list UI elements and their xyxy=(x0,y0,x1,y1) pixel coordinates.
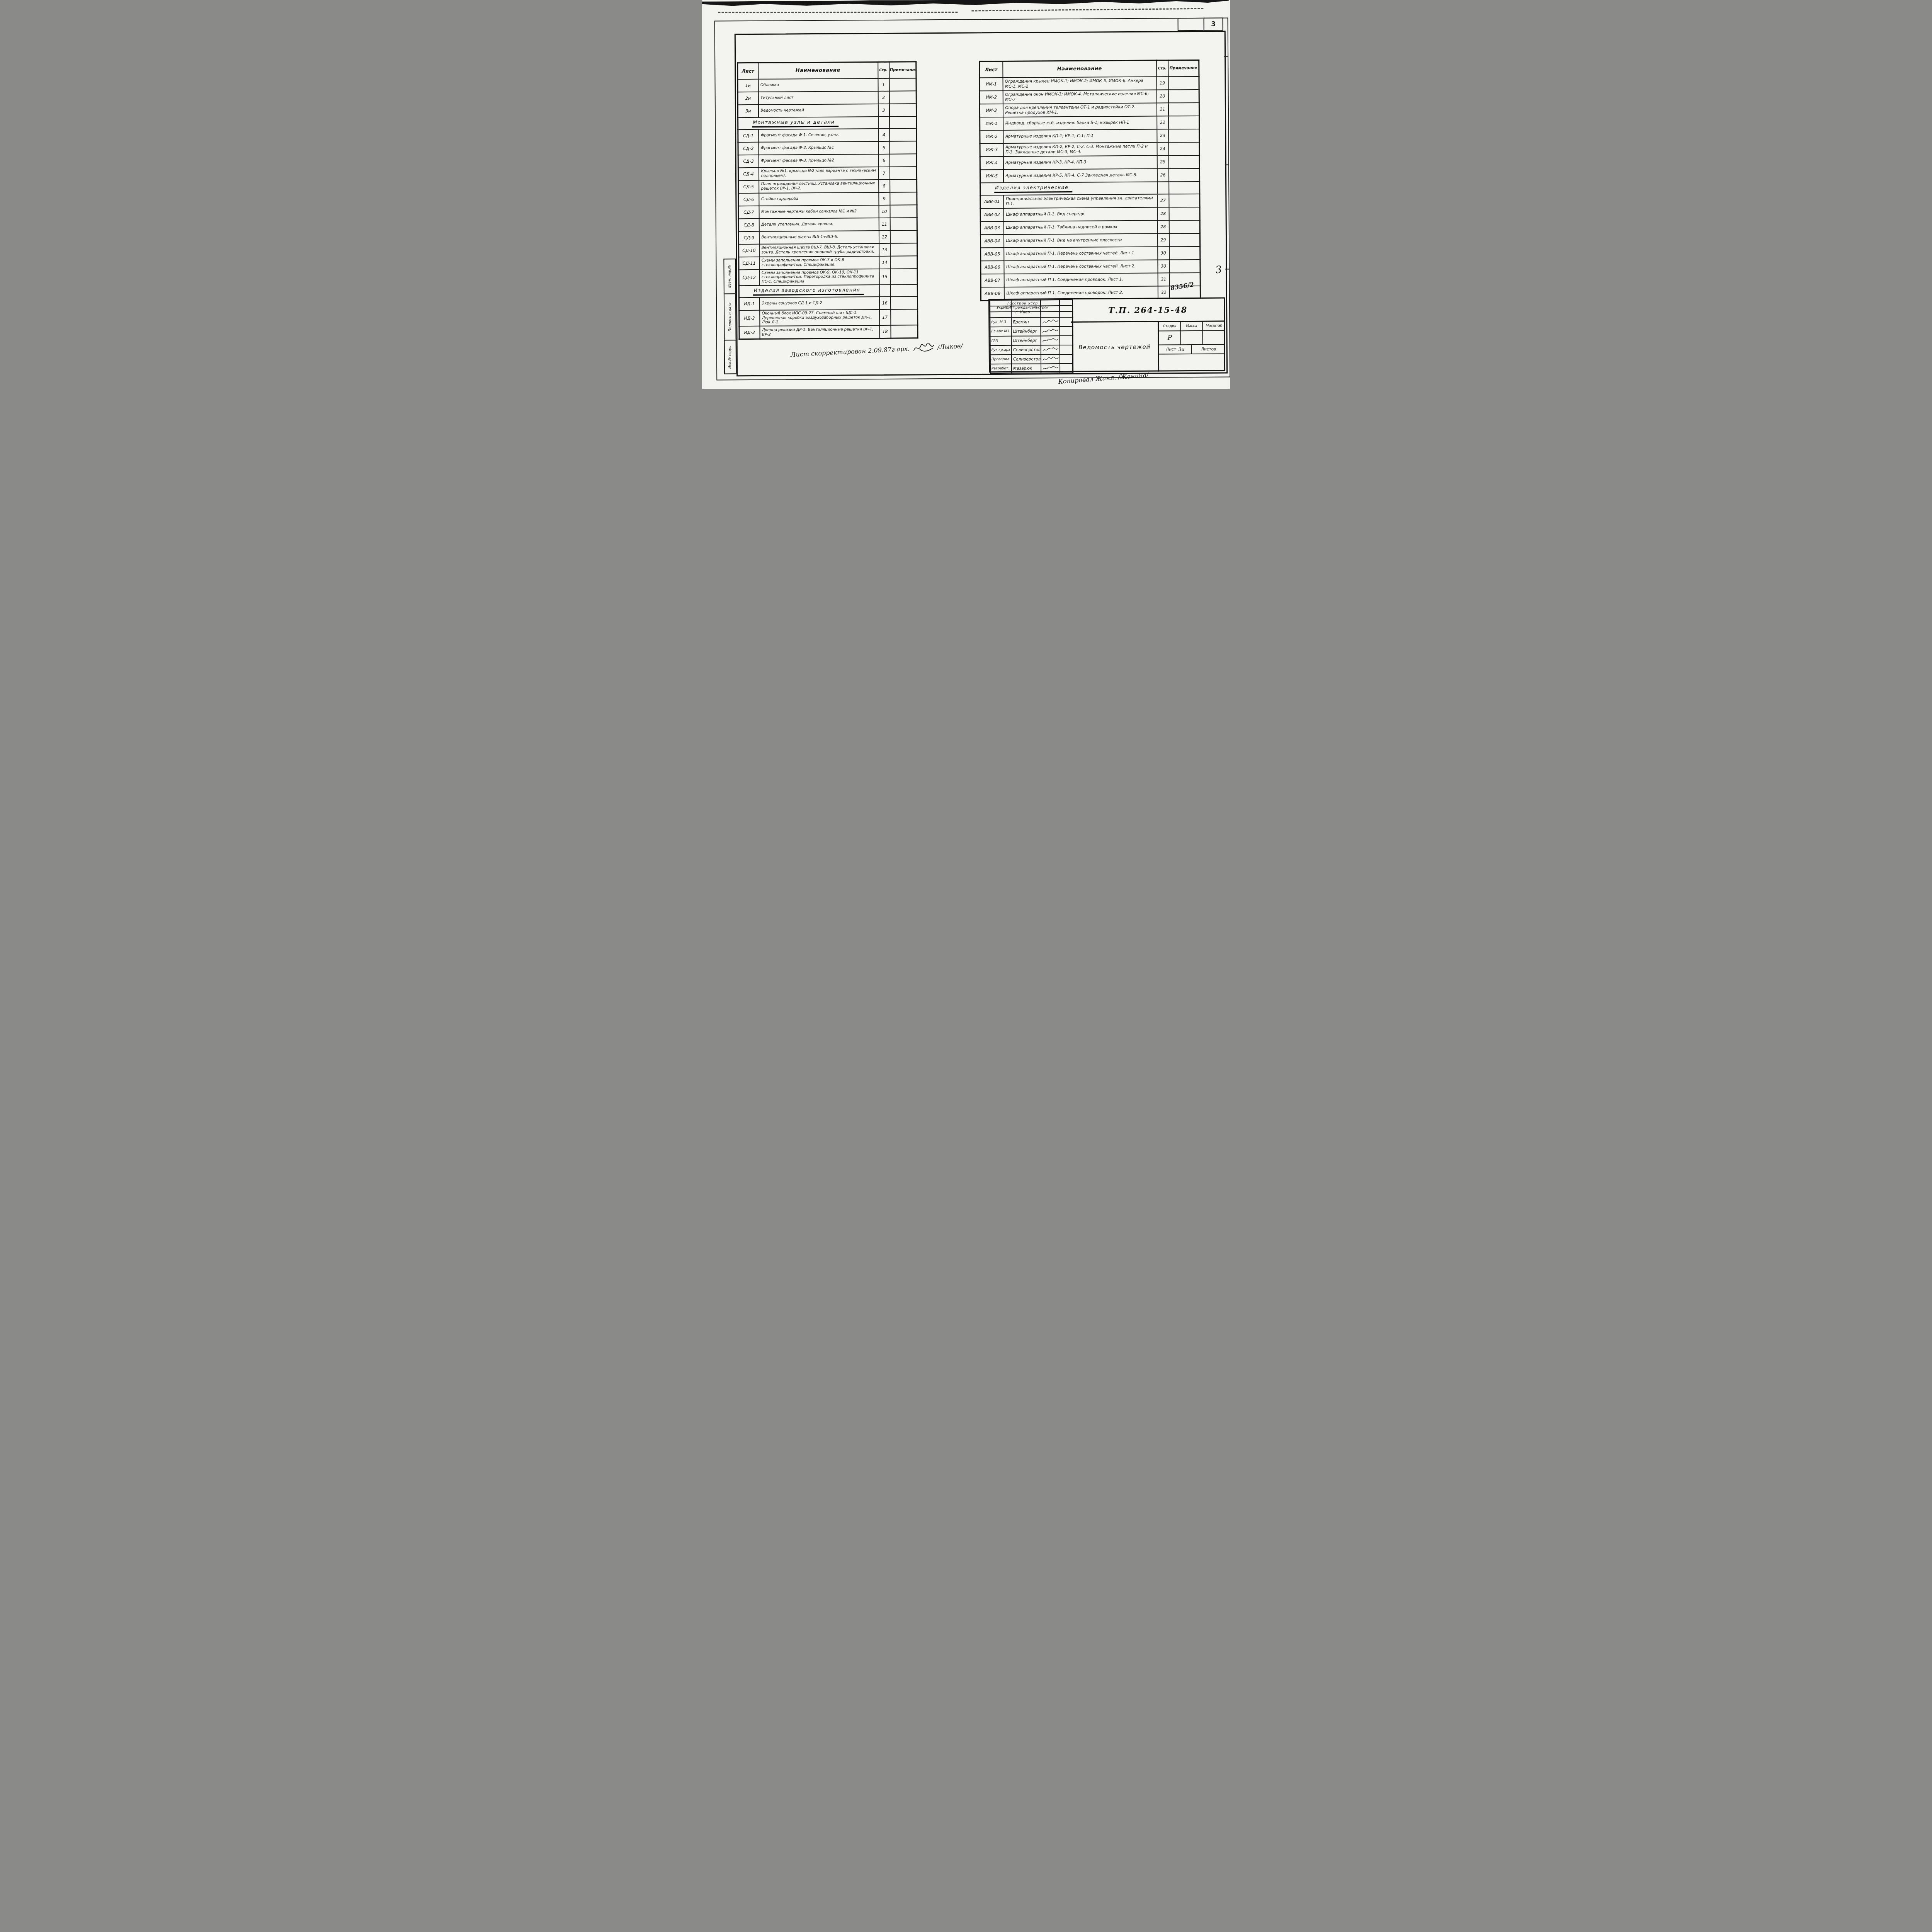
section-title: Изделия электрические xyxy=(994,184,1072,193)
page-number-cell: 11 xyxy=(879,218,890,230)
page-number-box: 3 xyxy=(1204,18,1223,31)
sheet-id-cell: АВВ-06 xyxy=(981,260,1004,274)
page-number-cell: 7 xyxy=(878,167,889,179)
sheet-number-value: 3и xyxy=(1179,347,1184,352)
revision-empty-cell xyxy=(990,306,1011,312)
left-table-body: 1иОбложка12иТитульный лист23иВедомость ч… xyxy=(738,78,918,339)
note-cell xyxy=(889,104,916,116)
drawing-name-cell: Вентиляционные шахты ВШ-1÷ВШ-6. xyxy=(759,230,879,244)
table-header-row: Лист Наименование Стр. Примечание xyxy=(980,60,1199,77)
sheet-id-cell: ИД-1 xyxy=(739,298,759,310)
revision-empty-cell xyxy=(1041,300,1060,306)
column-header-page: Стр. xyxy=(1156,60,1168,77)
column-header-note: Примечание xyxy=(889,62,916,78)
signer-name: Штейнберг xyxy=(1012,336,1041,345)
stage-value: Р xyxy=(1159,331,1181,345)
signer-signature-cell xyxy=(1041,364,1060,373)
page-number-cell: 15 xyxy=(879,269,890,285)
drawing-list-row: ИМ-2Ограждения окон ИМОК-3; ИМОК-4. Мета… xyxy=(980,89,1199,104)
signature-scribble xyxy=(1042,328,1059,335)
sheet-id-cell: СД-1 xyxy=(738,129,759,142)
drawing-list-row: 1иОбложка1 xyxy=(738,78,916,92)
sheet-id-cell: АВВ-03 xyxy=(980,221,1003,234)
sheet-id-cell: СД-11 xyxy=(739,257,759,269)
signer-name: Селиверстова xyxy=(1012,345,1041,354)
margin-stamp-inv-podl: Инв.№ подл. xyxy=(724,340,737,374)
drawing-name-cell: Стойка гардероба xyxy=(759,192,879,206)
sheet-id-cell: ИЖ-5 xyxy=(980,169,1003,182)
note-cell xyxy=(890,296,917,309)
note-cell xyxy=(1168,168,1199,181)
page-number-cell: 8 xyxy=(879,179,890,192)
note-cell xyxy=(1169,207,1200,220)
section-band-row: Изделия электрические xyxy=(980,181,1200,195)
sheet-id-cell: АВВ-05 xyxy=(981,247,1004,260)
column-header-sheet: Лист xyxy=(980,61,1003,77)
section-empty-cell xyxy=(890,284,917,296)
signer-signature-cell xyxy=(1041,336,1060,345)
drawing-name-cell: Шкаф аппаратный П-1. Вид на внутренние п… xyxy=(1003,233,1157,247)
sheet-id-cell: АВВ-04 xyxy=(980,234,1003,247)
signature-scribble xyxy=(1042,365,1059,372)
drawing-list-row: СД-10Вентиляционная шахта ВШ-7, ВШ-8. Де… xyxy=(739,243,917,257)
signer-row: Рук.гр.архСеливерстова xyxy=(990,345,1073,355)
drawing-name-cell: Шкаф аппаратный П-1. Перечень составных … xyxy=(1004,247,1158,260)
drawing-name-cell: План ограждения лестниц. Установка венти… xyxy=(759,179,879,193)
drawing-name-cell: Фрагмент фасада Ф-3. Крыльцо №2 xyxy=(759,154,878,167)
handwritten-corner-mark: 3 xyxy=(1215,264,1223,276)
drawing-name-cell: Ограждения окон ИМОК-3; ИМОК-4. Металлич… xyxy=(1003,90,1156,104)
page-number-cell: 28 xyxy=(1157,220,1169,233)
page-number-cell: 28 xyxy=(1157,207,1169,220)
drawing-name-cell: Индивид. сборные ж.б. изделия: балка Б-1… xyxy=(1003,116,1157,130)
stage-header: Стадия xyxy=(1159,322,1181,331)
column-header-name: Наименование xyxy=(758,62,878,79)
section-empty-cell xyxy=(879,285,890,297)
signature-scribble xyxy=(1042,337,1059,344)
signer-signature-cell xyxy=(1041,327,1060,336)
drawing-name-cell: Титульный лист xyxy=(758,91,878,104)
note-cell xyxy=(1169,246,1200,259)
section-band-row: Изделия заводского изготовления xyxy=(739,284,917,298)
note-cell xyxy=(891,309,918,325)
page-number-cell: 19 xyxy=(1156,77,1168,90)
signer-signature-cell xyxy=(1041,345,1060,354)
sheet-id-cell: СД-4 xyxy=(738,167,759,180)
page-number-cell: 29 xyxy=(1157,233,1169,247)
drawing-name-cell: Вентиляционная шахта ВШ-7, ВШ-8. Деталь … xyxy=(759,243,879,257)
note-cell xyxy=(890,192,917,205)
page-number-cell: 17 xyxy=(879,310,891,326)
signer-row: Разработ.Мазарюк xyxy=(990,364,1073,373)
drawing-list-row: ИД-1Экраны санузлов СД-1 и СД-216 xyxy=(739,296,917,310)
right-table-body: ИМ-1Ограждения крылец ИМОК-1; ИМОК-2; ИМ… xyxy=(980,76,1201,300)
drawing-list-row: СД-6Стойка гардероба9 xyxy=(738,192,917,206)
drawing-name-cell: Фрагмент фасада Ф-1. Сечения, узлы. xyxy=(759,128,878,142)
page-number-cell: 16 xyxy=(879,297,890,310)
sheet-id-cell: 3и xyxy=(738,104,758,117)
drawing-name-cell: Шкаф аппаратный П-1. Соединения проводок… xyxy=(1004,273,1158,287)
note-cell xyxy=(890,179,917,192)
scale-value xyxy=(1203,331,1225,345)
note-cell xyxy=(890,230,917,243)
page-number-cell: 23 xyxy=(1157,129,1168,142)
drawing-list-row: АВВ-07Шкаф аппаратный П-1. Соединения пр… xyxy=(981,272,1200,287)
signer-row: ГАПШтейнберг xyxy=(990,336,1073,345)
drawing-list-row: ИЖ-4Арматурные изделия КР-3, КР-4, КП-32… xyxy=(980,155,1199,169)
sheet-id-cell: ИЖ-1 xyxy=(980,117,1003,130)
page-number-cell: 9 xyxy=(879,192,890,205)
signer-row: Гл.арх.М3Штейнберг xyxy=(990,327,1072,336)
signature-table-body: Рук. М-3ЕреминГл.арх.М3ШтейнбергГАПШтейн… xyxy=(990,300,1073,373)
drawing-list-row: АВВ-01Принципиальная электрическая схема… xyxy=(980,194,1200,208)
section-empty-cell xyxy=(878,116,889,128)
sheet-id-cell: ИМ-1 xyxy=(980,77,1003,90)
note-cell xyxy=(889,128,917,141)
sheet-id-cell: СД-5 xyxy=(738,180,759,193)
drawing-list-row: ИЖ-5Арматурные изделия КР-5, КП-4, С-7 З… xyxy=(980,168,1199,182)
drawing-name-cell: Крыльцо №1, крыльцо №2 /для варианта с т… xyxy=(759,167,878,180)
sheet-id-cell: СД-9 xyxy=(738,231,759,244)
note-cell xyxy=(1169,259,1200,272)
note-cell xyxy=(890,243,917,256)
drawing-list-row: СД-5План ограждения лестниц. Установка в… xyxy=(738,179,917,193)
drawing-list-row: СД-2Фрагмент фасада Ф-2. Крыльцо №15 xyxy=(738,141,917,155)
note-cell xyxy=(889,154,917,167)
page-number-cell: 30 xyxy=(1158,247,1169,260)
drawing-list-row: АВВ-06Шкаф аппаратный П-1. Перечень сост… xyxy=(981,259,1200,274)
drawing-name-cell: Арматурные изделия КП-1; КР-1; С-1; П-1 xyxy=(1003,129,1157,143)
sheet-id-cell: ИЖ-2 xyxy=(980,130,1003,143)
signer-role: Разработ. xyxy=(990,364,1012,373)
drawing-list-row: АВВ-04Шкаф аппаратный П-1. Вид на внутре… xyxy=(980,233,1200,247)
page-number-cell: 14 xyxy=(879,256,890,269)
signature-scribble xyxy=(1042,346,1059,353)
sheet-id-cell: СД-2 xyxy=(738,142,759,155)
drawing-list-row: АВВ-05Шкаф аппаратный П-1. Перечень сост… xyxy=(981,246,1200,260)
drawing-name-cell: Арматурные изделия КР-5, КП-4, С-7 Закла… xyxy=(1003,168,1157,182)
drawing-name-cell: Детали утепления. Деталь кровли. xyxy=(759,218,879,231)
sheet-id-cell: СД-7 xyxy=(738,206,759,218)
drawing-name-cell: Оконный блок ИОС-09-27. Съемный щит ЩС-1… xyxy=(760,310,879,326)
revision-empty-cell xyxy=(990,312,1011,318)
page-number-cell: 6 xyxy=(878,154,889,167)
sheet-id-cell: ИМ-3 xyxy=(980,104,1003,117)
pencil-dash-line xyxy=(718,12,957,13)
project-code: Т.П. 264-15-48 xyxy=(1071,298,1225,322)
column-header-name: Наименование xyxy=(1003,60,1156,77)
note-cell xyxy=(1168,155,1199,168)
signer-name: Еремин xyxy=(1011,317,1041,327)
sheet-id-cell: 2и xyxy=(738,92,758,104)
drawing-name-cell: Экраны санузлов СД-1 и СД-2 xyxy=(759,297,879,310)
drawing-list-row: ИЖ-1Индивид. сборные ж.б. изделия: балка… xyxy=(980,116,1199,130)
signer-role: Проверил xyxy=(990,355,1012,364)
drawing-list-row: АВВ-02Шкаф аппаратный П-1. Вид спереди28 xyxy=(980,207,1200,221)
drawing-name-cell: Шкаф аппаратный П-1. Вид спереди xyxy=(1003,207,1157,221)
drawing-list-table-left: Лист Наименование Стр. Примечание 1иОбло… xyxy=(737,61,918,340)
signature-scribble xyxy=(1042,318,1059,325)
title-block: Рук. М-3ЕреминГл.арх.М3ШтейнбергГАПШтейн… xyxy=(988,297,1225,372)
note-cell xyxy=(890,218,917,230)
drawing-list-table-right: Лист Наименование Стр. Примечание ИМ-1Ог… xyxy=(979,60,1201,301)
scan-edge-mark xyxy=(1225,269,1230,269)
drawing-name-cell: Опора для крепления телеантены ОТ-1 и ра… xyxy=(1003,103,1156,117)
sheet-id-cell: СД-12 xyxy=(739,269,759,286)
drawing-list-row: ИМ-1Ограждения крылец ИМОК-1; ИМОК-2; ИМ… xyxy=(980,76,1199,90)
section-title-cell: Изделия заводского изготовления xyxy=(739,285,879,298)
sheet-number-cell: Лист 3и xyxy=(1159,345,1192,355)
drawing-name-cell: Монтажные чертежи кабин санузлов №1 и №2 xyxy=(759,205,879,218)
page-number-cell: 30 xyxy=(1158,260,1169,273)
drawing-name-cell: Шкаф аппаратный П-1. Перечень составных … xyxy=(1004,260,1158,274)
page-number-cell: 18 xyxy=(879,325,891,338)
page-number-cell: 2 xyxy=(878,91,889,104)
sheet-id-cell: АВВ-01 xyxy=(980,195,1003,208)
signer-name: Мазарюк xyxy=(1012,364,1041,373)
page-number-empty-cell xyxy=(1178,18,1205,31)
mass-value xyxy=(1181,331,1203,345)
sheet-id-cell: ИЖ-4 xyxy=(980,156,1003,169)
revision-empty-row xyxy=(990,300,1072,306)
drawing-list-row: ИД-3Дверца ревизии ДР-1. Вентиляционные … xyxy=(739,325,918,339)
signer-signature-cell xyxy=(1041,354,1060,364)
note-cell xyxy=(1168,89,1199,102)
architect-signature-scribble xyxy=(912,342,935,353)
drawing-name-cell: Арматурные изделия КР-3, КР-4, КП-3 xyxy=(1003,155,1157,169)
page-number-cell: 4 xyxy=(878,128,889,141)
sheet-id-cell: АВВ-02 xyxy=(980,208,1003,221)
note-cell xyxy=(1168,76,1199,89)
page-number-cell: 27 xyxy=(1157,194,1169,207)
drawing-list-row: 2иТитульный лист2 xyxy=(738,91,916,105)
signer-name: Селиверстова xyxy=(1012,354,1041,364)
torn-paper-edge xyxy=(702,0,1229,7)
page-number-cell: 32 xyxy=(1158,286,1169,299)
page-number: 3 xyxy=(1211,20,1216,28)
sheet-id-cell: ИД-3 xyxy=(739,326,760,339)
drawing-list-row: СД-1Фрагмент фасада Ф-1. Сечения, узлы.4 xyxy=(738,128,917,142)
sheet-id-cell: СД-3 xyxy=(738,155,759,167)
page-number-cell: 20 xyxy=(1156,90,1168,103)
drawing-list-row: СД-11Схемы заполнения проемов ОК-7 и ОК-… xyxy=(739,256,917,270)
table-header-row: Лист Наименование Стр. Примечание xyxy=(738,62,916,79)
signer-role: ГАП xyxy=(990,336,1012,345)
sheet-content: 3 Лист Наименование Стр. Примечание 1иОб… xyxy=(702,0,1230,389)
note-cell xyxy=(889,167,917,179)
signer-signature-cell xyxy=(1041,317,1060,327)
note-cell xyxy=(890,256,917,269)
drawing-list-row: АВВ-03Шкаф аппаратный П-1. Таблица надпи… xyxy=(980,220,1200,234)
drawing-list-row: ИМ-3Опора для крепления телеантены ОТ-1 … xyxy=(980,102,1199,117)
section-title-cell: Монтажные узлы и детали xyxy=(738,116,878,129)
signer-row: ПроверилСеливерстова xyxy=(990,354,1073,364)
signature-table: Рук. М-3ЕреминГл.арх.М3ШтейнбергГАПШтейн… xyxy=(990,299,1073,374)
scan-edge-mark xyxy=(1225,164,1229,165)
column-header-sheet: Лист xyxy=(738,63,758,79)
scale-header: Масштаб xyxy=(1203,321,1225,331)
note-cell xyxy=(1169,233,1200,246)
note-cell xyxy=(890,269,917,285)
revision-empty-cell xyxy=(1011,311,1041,317)
section-title-cell: Изделия электрические xyxy=(980,182,1157,195)
signer-row: Рук. М-3Еремин xyxy=(990,317,1072,327)
section-empty-cell xyxy=(1169,181,1200,194)
page-number-cell: 25 xyxy=(1157,155,1168,168)
drawing-name-cell: Ограждения крылец ИМОК-1; ИМОК-2; ИМОК-5… xyxy=(1003,77,1156,90)
section-empty-cell xyxy=(889,116,917,128)
sheet-id-cell: ИД-2 xyxy=(739,310,760,327)
section-title: Изделия заводского изготовления xyxy=(753,287,864,296)
drawing-list-row: СД-9Вентиляционные шахты ВШ-1÷ВШ-6.12 xyxy=(738,230,917,244)
drawing-list-row: СД-8Детали утепления. Деталь кровли.11 xyxy=(738,218,917,231)
page-number-cell: 10 xyxy=(879,205,890,218)
scanned-drawing-register-sheet: 3 Лист Наименование Стр. Примечание 1иОб… xyxy=(702,0,1230,389)
note-cell xyxy=(1168,116,1199,129)
drawing-list-row: СД-7Монтажные чертежи кабин санузлов №1 … xyxy=(738,205,917,219)
margin-stamp-vzam-inv: Взам. инв.№ xyxy=(723,259,736,294)
note-cell xyxy=(1169,194,1200,207)
signer-role: Рук. М-3 xyxy=(990,318,1011,327)
mass-header: Масса xyxy=(1181,322,1203,331)
note-cell xyxy=(1169,220,1200,233)
drawing-name-cell: Ведомость чертежей xyxy=(758,104,878,117)
note-cell xyxy=(889,141,917,154)
page-number-cell: 31 xyxy=(1158,273,1169,286)
signature-scribble xyxy=(1042,355,1059,362)
note-cell xyxy=(1168,129,1199,142)
sheet-id-cell: СД-10 xyxy=(739,244,759,257)
signer-name: Штейнберг xyxy=(1011,327,1041,336)
revision-empty-cell xyxy=(990,300,1011,306)
signer-role: Рук.гр.арх xyxy=(990,345,1012,355)
page-number-cell: 13 xyxy=(879,243,890,256)
page-number-cell: 1 xyxy=(878,78,889,91)
drawing-list-row: ИД-2Оконный блок ИОС-09-27. Съемный щит … xyxy=(739,309,918,326)
margin-stamp-podpis-data: Подпись и дата xyxy=(724,293,736,340)
section-empty-cell xyxy=(1157,182,1169,194)
drawing-list-row: СД-12Схемы заполнения проемов ОК-9, ОК-1… xyxy=(739,269,917,286)
note-cell xyxy=(889,78,916,91)
note-cell xyxy=(890,205,917,218)
drawing-name-cell: Схемы заполнения проемов ОК-9, ОК-10, ОК… xyxy=(759,269,879,285)
column-header-note: Примечание xyxy=(1168,60,1199,76)
page-number-cell: 5 xyxy=(878,141,889,154)
page-number-cell: 3 xyxy=(878,104,889,116)
note-cell xyxy=(1168,142,1199,155)
sheet-id-cell: СД-6 xyxy=(738,193,759,206)
drawing-name-cell: Принципиальная электрическая схема управ… xyxy=(1003,194,1157,208)
revision-empty-row xyxy=(990,311,1072,318)
section-band-row: Монтажные узлы и детали xyxy=(738,116,917,129)
drawing-list-row: ИЖ-3Арматурные изделия КП-2, КР-2, С-2, … xyxy=(980,142,1199,156)
section-title: Монтажные узлы и детали xyxy=(752,119,838,127)
drawing-list-row: СД-4Крыльцо №1, крыльцо №2 /для варианта… xyxy=(738,167,917,180)
sheet-id-cell: АВВ-07 xyxy=(981,274,1004,287)
revision-empty-row xyxy=(990,306,1072,312)
signer-role: Гл.арх.М3 xyxy=(990,327,1011,336)
revision-empty-cell xyxy=(1041,311,1060,317)
drawing-name-cell: Фрагмент фасада Ф-2. Крыльцо №1 xyxy=(759,141,878,155)
revision-empty-cell xyxy=(1041,306,1060,311)
drawing-list-row: СД-3Фрагмент фасада Ф-3. Крыльцо №26 xyxy=(738,154,917,168)
note-cell xyxy=(1168,102,1199,116)
page-number-cell: 26 xyxy=(1157,168,1168,182)
note-cell xyxy=(891,325,918,338)
revision-empty-cell xyxy=(1011,300,1041,306)
document-title: Ведомость чертежей xyxy=(1071,322,1159,372)
pencil-dash-line xyxy=(971,8,1203,12)
page-number-cell: 12 xyxy=(879,230,890,243)
page-number-cell: 22 xyxy=(1157,116,1168,129)
drawing-name-cell: Обложка xyxy=(758,78,878,92)
column-header-page: Стр. xyxy=(878,62,889,78)
drawing-name-cell: Шкаф аппаратный П-1. Таблица надписей в … xyxy=(1003,220,1157,234)
sheet-id-cell: 1и xyxy=(738,79,758,92)
page-number-cell: 21 xyxy=(1156,103,1168,116)
revision-empty-cell xyxy=(1011,306,1041,311)
drawing-name-cell: Дверца ревизии ДР-1. Вентиляционные реше… xyxy=(760,325,879,339)
drawing-list-row: 3иВедомость чертежей3 xyxy=(738,104,916,117)
drawing-name-cell: Арматурные изделия КП-2, КР-2, С-2, С-3.… xyxy=(1003,142,1157,156)
drawing-name-cell: Схемы заполнения проемов ОК-7 и ОК-8 сте… xyxy=(759,256,879,269)
sheet-id-cell: ИМ-2 xyxy=(980,90,1003,104)
drawing-list-row: ИЖ-2Арматурные изделия КП-1; КР-1; С-1; … xyxy=(980,129,1199,143)
page-number-cell: 24 xyxy=(1157,142,1168,155)
sheet-id-cell: ИЖ-3 xyxy=(980,143,1003,156)
note-cell xyxy=(889,91,916,104)
sheets-total-cell: Листов xyxy=(1192,345,1225,354)
sheet-id-cell: СД-8 xyxy=(738,218,759,231)
scan-edge-mark xyxy=(1224,56,1228,57)
